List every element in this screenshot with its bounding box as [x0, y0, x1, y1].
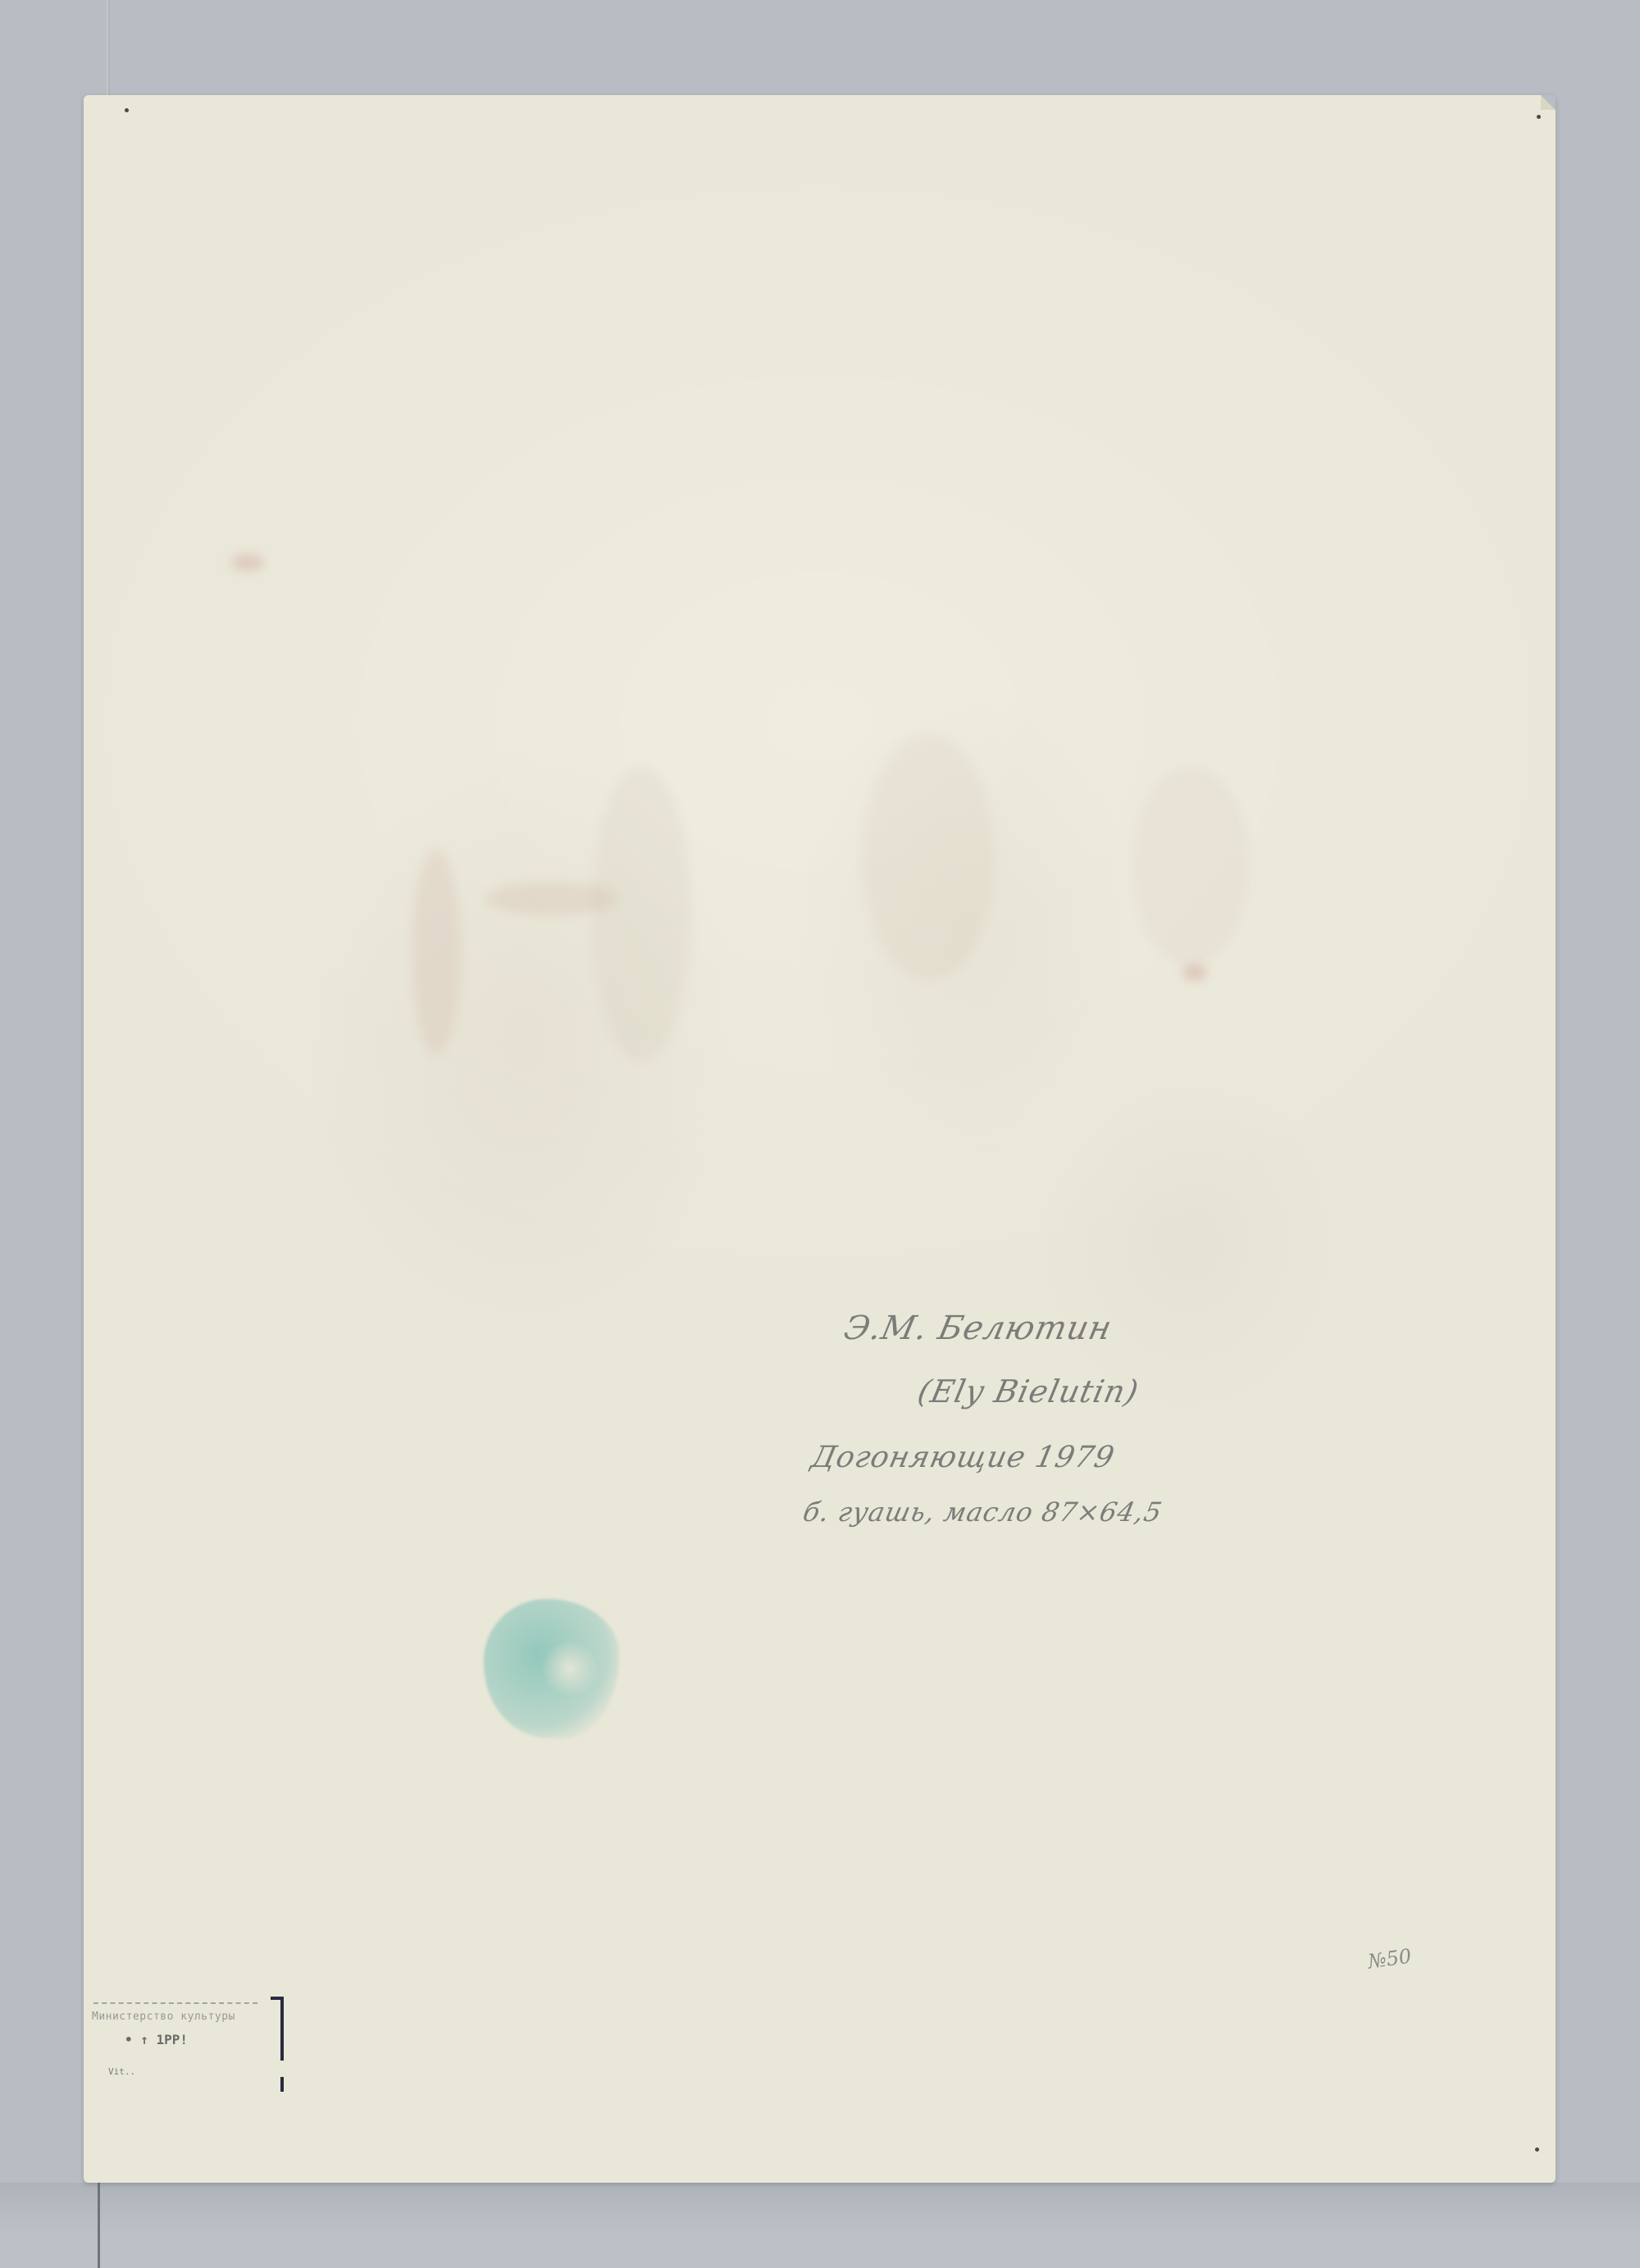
ministry-stamp: Министерство культуры • ↑ 1РР! Vit.. [92, 1984, 280, 2088]
pigment-smudge [592, 767, 690, 1063]
pinhole-top-right [1537, 115, 1541, 119]
background-fold-line [107, 0, 110, 98]
medium-dimensions: б. гуашь, масло 87×64,5 [801, 1499, 1165, 1525]
pigment-smudge [1182, 964, 1207, 981]
pigment-smudge [1133, 767, 1248, 964]
artwork-title-year: Догоняющие 1979 [809, 1443, 1117, 1473]
stamp-ministry-text: Министерство культуры [92, 2011, 235, 2023]
stamp-footer-text: Vit.. [108, 2066, 135, 2077]
folded-corner [1541, 95, 1556, 110]
pigment-smudge [863, 735, 994, 981]
background-edge-line [98, 2183, 100, 2268]
stamp-dashed-rule [93, 2002, 257, 2004]
stamp-number-text: • ↑ 1РР! [125, 2032, 188, 2047]
artist-name-latin: (Ely Bielutin) [915, 1376, 1141, 1407]
paper-sheet [84, 95, 1556, 2183]
artist-name-cyrillic: Э.М. Белютин [841, 1312, 1115, 1345]
pigment-smudge [412, 849, 461, 1054]
pinhole-bottom-right [1535, 2147, 1539, 2152]
stain-highlight [541, 1640, 599, 1697]
pinhole-top-left [125, 108, 129, 112]
ink-bracket-mark [280, 2077, 284, 2092]
ink-bracket-vertical [280, 1998, 284, 2061]
background-surface [0, 2183, 1640, 2268]
pigment-smudge [231, 554, 264, 571]
